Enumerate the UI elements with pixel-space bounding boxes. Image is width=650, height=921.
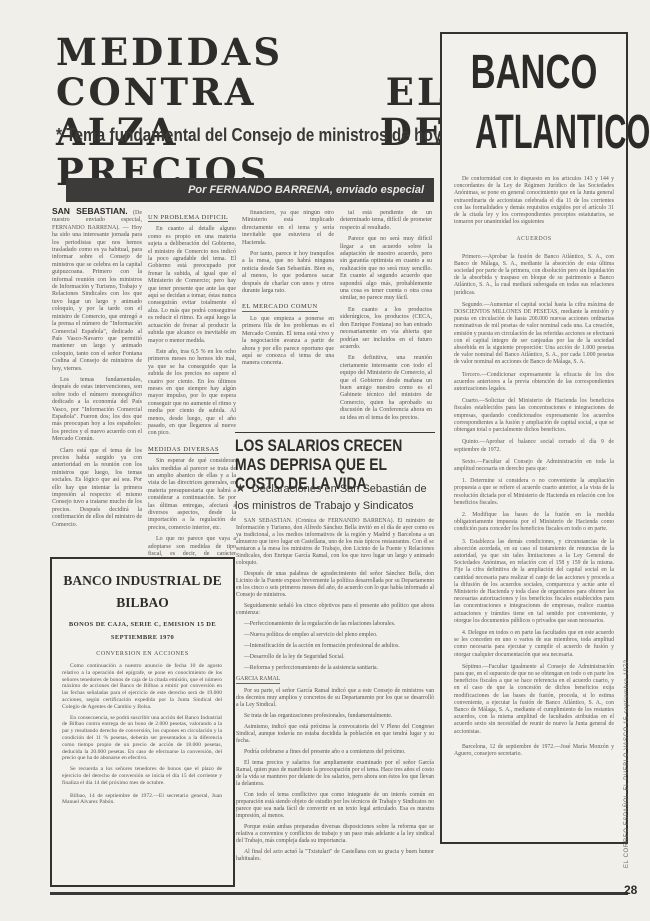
byline-bar: Por FERNANDO BARRENA, enviado especial	[66, 178, 434, 202]
paragraph: En consecuencia, se podrá suscribir una …	[62, 715, 222, 763]
paragraph: Claro está que el tema de los precios ha…	[52, 448, 142, 529]
acuerdo-item: 1. Determine si considera o no convenien…	[454, 478, 614, 507]
paragraph: Por tanto, parece ir hoy tranquilos a la…	[242, 251, 334, 295]
paragraph: Como continuación a nuestro anuncio de f…	[62, 663, 222, 711]
main-article-column-1: SAN SEBASTIAN. (De nuestro enviado espec…	[52, 208, 142, 553]
list-item: —Desarrollo de la ley de Seguridad Socia…	[236, 654, 434, 661]
paragraph: Este año, tras 6,5 % en los ocho primero…	[148, 349, 236, 438]
paragraph: Podría celebrarse a fines del presente a…	[236, 749, 434, 756]
acuerdo-item: Séptimo.—Facultar igualmente al Consejo …	[454, 664, 614, 736]
newspaper-page: MEDIDAS CONTRA EL ALZA DE PRECIOS * Tema…	[48, 28, 630, 913]
paragraph: En cuanto al detalle alguno como es prop…	[148, 226, 236, 345]
main-article-column-4: tal está pendiente de un determinado tem…	[340, 210, 432, 430]
list-item: —Nueva política de empleo al servicio de…	[236, 632, 434, 639]
star-icon: ★	[235, 481, 246, 495]
atlantico-body: De conformidad con lo dispuesto en los a…	[454, 176, 614, 836]
paragraph: tal está pendiente de un determinado tem…	[340, 210, 432, 232]
paragraph: Lo que empieza a ponerse en primera fila…	[242, 316, 334, 368]
acuerdo-item: Tercero.—Condicionar expresamente la efi…	[454, 372, 614, 394]
salarios-subheadline: ★Declaraciones en San Sebastián de los m…	[235, 480, 437, 515]
paragraph: Por su parte, el señor García Ramal indi…	[236, 688, 434, 709]
banco-atlantico-ad: BANCO ATLANTICO De conformidad con lo di…	[440, 32, 628, 844]
acuerdo-item: 2. Modifique las bases de la fusión en l…	[454, 512, 614, 534]
list-item: —Reforma y perfeccionamiento de la asist…	[236, 665, 434, 672]
acuerdos-heading: ACUERDOS	[454, 236, 614, 243]
list-item: —Perfeccionamiento de la regulación de l…	[236, 621, 434, 628]
section-heading-problema: UN PROBLEMA DIFICIL	[148, 214, 228, 222]
bilbao-body: Como continuación a nuestro anuncio de f…	[62, 663, 222, 810]
paragraph: Los temas fundamentales, después de esta…	[52, 377, 142, 444]
subheadline-text: Declaraciones en San Sebastián de los mi…	[235, 483, 427, 512]
signature: Barcelona, 12 de septiembre de 1972.—Jos…	[454, 744, 614, 758]
main-article-column-2: UN PROBLEMA DIFICIL En cuanto al detalle…	[148, 210, 236, 590]
paragraph: Asimismo, indicó que está próxima la con…	[236, 724, 434, 745]
paragraph: Al final del acto actuó la "Txistulari" …	[236, 849, 434, 863]
section-heading-medidas: MEDIDAS DIVERSAS	[148, 446, 219, 454]
paragraph: Parece que no será muy difícil llegar a …	[340, 236, 432, 303]
bilbao-subtitle-line1: BONOS DE CAJA, SERIE C, EMISION 15 DE	[52, 621, 233, 628]
signature: Bilbao, 14 de septiembre de 1972.—El sec…	[62, 793, 222, 807]
acuerdo-item: Quinto.—Aprobar el balance social cerrad…	[454, 439, 614, 453]
acuerdo-item: Primero.—Aprobar la fusión de Banco Atlá…	[454, 254, 614, 297]
acuerdo-item: Sexto.—Facultar al Consejo de Administra…	[454, 459, 614, 473]
side-caption: EL CORREO ESPAÑOL-EL PUEBLO VASCO 15-sep…	[624, 588, 634, 868]
paragraph: Sin esperar de qué consideran tales medi…	[148, 458, 236, 532]
paragraph: En cuanto a los productos siderúrgicos, …	[340, 307, 432, 351]
bilbao-section-title: CONVERSION EN ACCIONES	[52, 651, 233, 657]
divider	[235, 432, 435, 433]
paragraph: Con todo el tema conflictivo que como in…	[236, 792, 434, 820]
section-heading-garcia-ramal: GARCIA RAMAL	[236, 676, 280, 684]
bilbao-subtitle-line2: SEPTIEMBRE 1970	[52, 634, 233, 641]
salarios-article-body: SAN SEBASTIAN. (Crónica de FERNANDO BARR…	[236, 518, 434, 910]
acuerdo-item: 3. Establezca las demás condiciones, y c…	[454, 539, 614, 625]
bottom-border	[50, 892, 628, 895]
paragraph: Después de unas palabras de agradecimien…	[236, 571, 434, 599]
main-article-column-3: financiero, ya que ningún otro Ministeri…	[242, 210, 334, 430]
page-number: 28	[624, 883, 637, 897]
list-item: —Intensificación de la acción en formaci…	[236, 643, 434, 650]
acuerdo-item: Cuarto.—Solicitar del Ministerio de Haci…	[454, 398, 614, 434]
paragraph: financiero, ya que ningún otro Ministeri…	[242, 210, 334, 247]
main-subheadline: * Tema fundamental del Consejo de minist…	[56, 124, 380, 146]
paragraph: Se trata de las organizaciones profesion…	[236, 713, 434, 720]
paragraph: SAN SEBASTIAN. (Crónica de FERNANDO BARR…	[236, 518, 434, 567]
dateline: SAN SEBASTIAN.	[52, 208, 128, 216]
paragraph: Seguidamente señaló los cinco objetivos …	[236, 603, 434, 617]
paragraph: (De nuestro enviado especial, FERNANDO B…	[52, 210, 142, 372]
paragraph: Se recuerda a los señores tenedores de b…	[62, 766, 222, 786]
acuerdo-item: 4. Delegue en todos o en parte las facul…	[454, 630, 614, 659]
paragraph: Porque están ambas preparadas diversas d…	[236, 824, 434, 845]
bilbao-title-line2: BILBAO	[52, 595, 233, 611]
atlantico-title-line1: BANCO	[468, 46, 600, 100]
paragraph: En definitiva, una reunión ciertamente i…	[340, 355, 432, 422]
atlantico-title-line2: ATLANTICO	[475, 106, 593, 160]
intro-paragraph: De conformidad con lo dispuesto en los a…	[454, 176, 614, 226]
acuerdo-item: Segundo.—Aumentar el capital social hast…	[454, 302, 614, 367]
banco-bilbao-ad: BANCO INDUSTRIAL DE BILBAO BONOS DE CAJA…	[50, 557, 235, 887]
section-heading-mercado-comun: EL MERCADO COMUN	[242, 303, 318, 311]
main-headline: MEDIDAS CONTRA EL ALZA DE PRECIOS	[56, 32, 446, 192]
paragraph: El tema precios y salarios fue ampliamen…	[236, 760, 434, 788]
bilbao-title-line1: BANCO INDUSTRIAL DE	[52, 573, 233, 589]
